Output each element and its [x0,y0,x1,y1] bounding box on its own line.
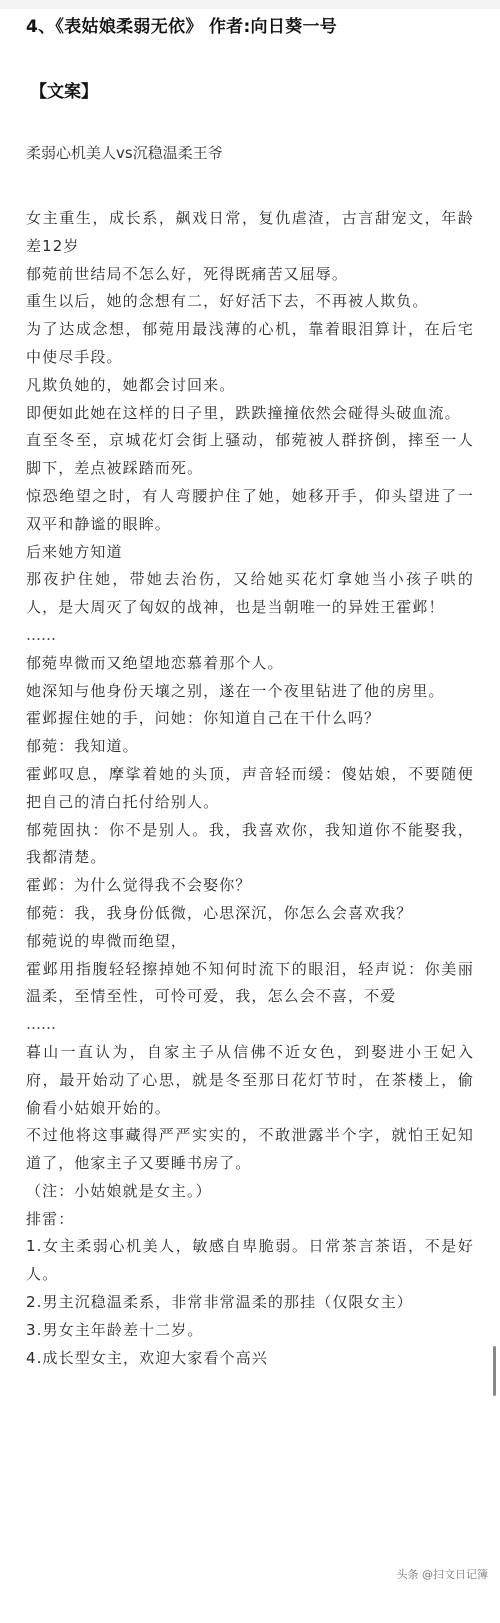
paragraph: 郁菀固执：你不是别人。我，我喜欢你，我知道你不能娶我，我都清楚。 [26,817,474,873]
book-tagline: 柔弱心机美人vs沉稳温柔王爷 [26,142,223,163]
paragraph: 为了达成念想，郁菀用最浅薄的心机，靠着眼泪算计，在后宅中使尽手段。 [26,316,474,372]
warning-item: 2.男主沉稳温柔系，非常非常温柔的那挂（仅限女主） [26,1289,474,1317]
paragraph: 郁菀：我，我身份低微，心思深沉，你怎么会喜欢我？ [26,900,474,928]
paragraph: 那夜护住她，带她去治伤，又给她买花灯拿她当小孩子哄的人，是大周灭了匈奴的战神，也… [26,566,474,622]
paragraph: 后来她方知道 [26,539,474,567]
warning-item: 4.成长型女主，欢迎大家看个高兴 [26,1345,474,1373]
top-edge-bar [0,0,500,9]
warning-heading: 排雷： [26,1206,474,1234]
paragraph: 凡欺负她的，她都会讨回来。 [26,372,474,400]
synopsis-body: 女主重生，成长系，飙戏日常，复仇虐渣，古言甜宠文，年龄差12岁 郁菀前世结局不怎… [26,205,474,1372]
book-title: 4、《表姑娘柔弱无依》 作者:向日葵一号 [26,12,337,37]
warning-item: 1.女主柔弱心机美人，敏感自卑脆弱。日常茶言茶语，不是好人。 [26,1233,474,1289]
paragraph: 郁菀：我知道。 [26,733,474,761]
paragraph: 霍邺握住她的手，问她：你知道自己在干什么吗？ [26,705,474,733]
paragraph: 霍邺用指腹轻轻擦掉她不知何时流下的眼泪，轻声说：你美丽温柔，至情至性，可怜可爱，… [26,956,474,1012]
paragraph: 暮山一直认为，自家主子从信佛不近女色，到娶进小王妃入府，最开始动了心思，就是冬至… [26,1039,474,1122]
ellipsis-separator: …… [26,1011,474,1039]
ellipsis-separator: …… [26,622,474,650]
paragraph: 郁菀卑微而又绝望地恋慕着那个人。 [26,650,474,678]
paragraph: 即便如此她在这样的日子里，跌跌撞撞依然会碰得头破血流。 [26,400,474,428]
paragraph: 郁菀说的卑微而绝望， [26,928,474,956]
paragraph: 重生以后，她的念想有二，好好活下去，不再被人欺负。 [26,288,474,316]
paragraph: 直至冬至，京城花灯会街上骚动，郁菀被人群挤倒，摔至一人脚下，差点被踩踏而死。 [26,427,474,483]
paragraph: 霍邺叹息，摩挲着她的头顶，声音轻而缓：傻姑娘，不要随便把自己的清白托付给别人。 [26,761,474,817]
section-label: 【文案】 [30,77,98,102]
paragraph-note: （注：小姑娘就是女主。） [26,1178,474,1206]
scrollbar-thumb[interactable] [493,1346,496,1396]
paragraph: 不过他将这事藏得严严实实的，不敢泄露半个字，就怕王妃知道了，他家主子又要睡书房了… [26,1122,474,1178]
paragraph: 她深知与他身份天壤之别，遂在一个夜里钻进了他的房里。 [26,678,474,706]
paragraph: 霍邺：为什么觉得我不会娶你？ [26,872,474,900]
warning-item: 3.男女主年龄差十二岁。 [26,1317,474,1345]
paragraph: 惊恐绝望之时，有人弯腰护住了她，她移开手，仰头望进了一双平和静谧的眼眸。 [26,483,474,539]
paragraph: 女主重生，成长系，飙戏日常，复仇虐渣，古言甜宠文，年龄差12岁 [26,205,474,261]
source-watermark: 头条 @扫文日记簿 [397,1566,489,1582]
paragraph: 郁菀前世结局不怎么好，死得既痛苦又屈辱。 [26,261,474,289]
